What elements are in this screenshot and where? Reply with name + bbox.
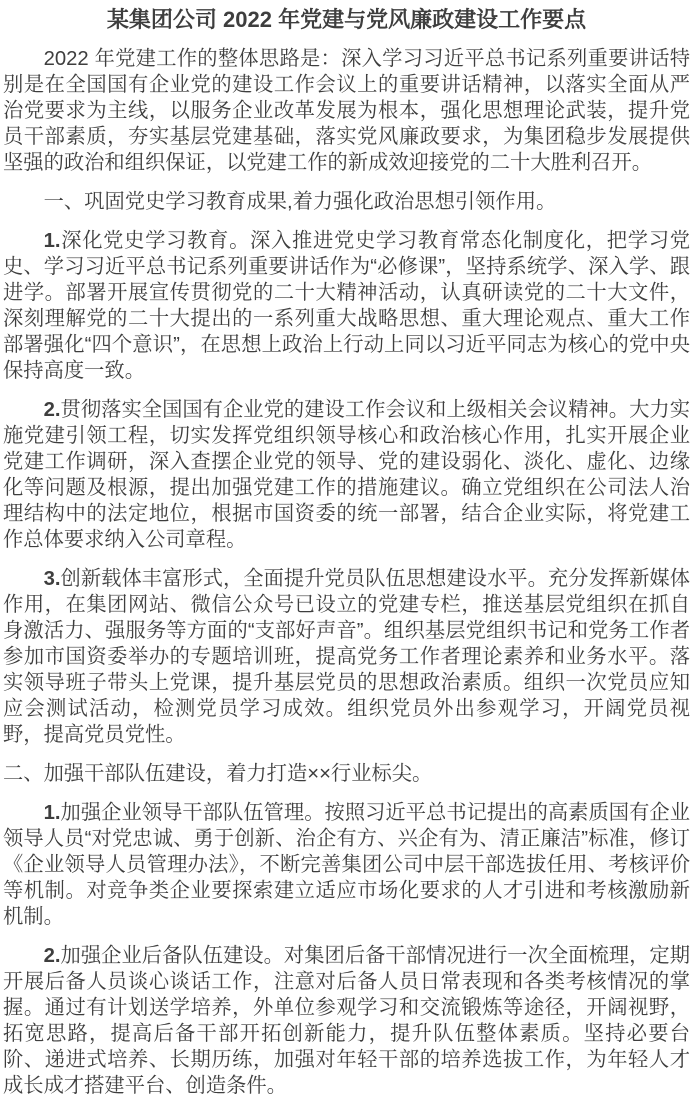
section-1-item-3: 3.创新载体丰富形式，全面提升党员队伍思想建设水平。充分发挥新媒体作用，在集团网… [3, 566, 690, 748]
document-title: 某集团公司 2022 年党建与党风廉政建设工作要点 [3, 5, 690, 34]
item-text: 深化党史学习教育。深入推进党史学习教育常态化制度化，把学习党史、学习习近平总书记… [3, 230, 690, 382]
section-1-item-2: 2.贯彻落实全国国有企业党的建设工作会议和上级相关会议精神。大力实施党建引领工程… [3, 397, 690, 553]
item-number: 3. [44, 568, 61, 590]
item-number: 2. [44, 399, 61, 421]
document-page: 某集团公司 2022 年党建与党风廉政建设工作要点 2022 年党建工作的整体思… [0, 0, 693, 1099]
item-number: 2. [44, 945, 61, 967]
section-2-item-2: 2.加强企业后备队伍建设。对集团后备干部情况进行一次全面梳理，定期开展后备人员谈… [3, 943, 690, 1099]
section-2-item-1: 1.加强企业领导干部队伍管理。按照习近平总书记提出的高素质国有企业领导人员“对党… [3, 800, 690, 930]
item-text: 创新载体丰富形式，全面提升党员队伍思想建设水平。充分发挥新媒体作用，在集团网站、… [3, 568, 690, 746]
item-number: 1. [44, 802, 61, 824]
item-text: 加强企业领导干部队伍管理。按照习近平总书记提出的高素质国有企业领导人员“对党忠诚… [3, 802, 690, 928]
section-1-item-1: 1.深化党史学习教育。深入推进党史学习教育常态化制度化，把学习党史、学习习近平总… [3, 228, 690, 384]
section-2-heading: 二、加强干部队伍建设，着力打造××行业标尖。 [3, 761, 690, 787]
item-text: 加强企业后备队伍建设。对集团后备干部情况进行一次全面梳理，定期开展后备人员谈心谈… [3, 945, 690, 1097]
section-1-heading: 一、巩固党史学习教育成果,着力强化政治思想引领作用。 [3, 189, 690, 215]
item-number: 1. [44, 230, 61, 252]
intro-paragraph: 2022 年党建工作的整体思路是：深入学习习近平总书记系列重要讲话特别是在全国国… [3, 46, 690, 176]
item-text: 贯彻落实全国国有企业党的建设工作会议和上级相关会议精神。大力实施党建引领工程，切… [3, 399, 690, 551]
